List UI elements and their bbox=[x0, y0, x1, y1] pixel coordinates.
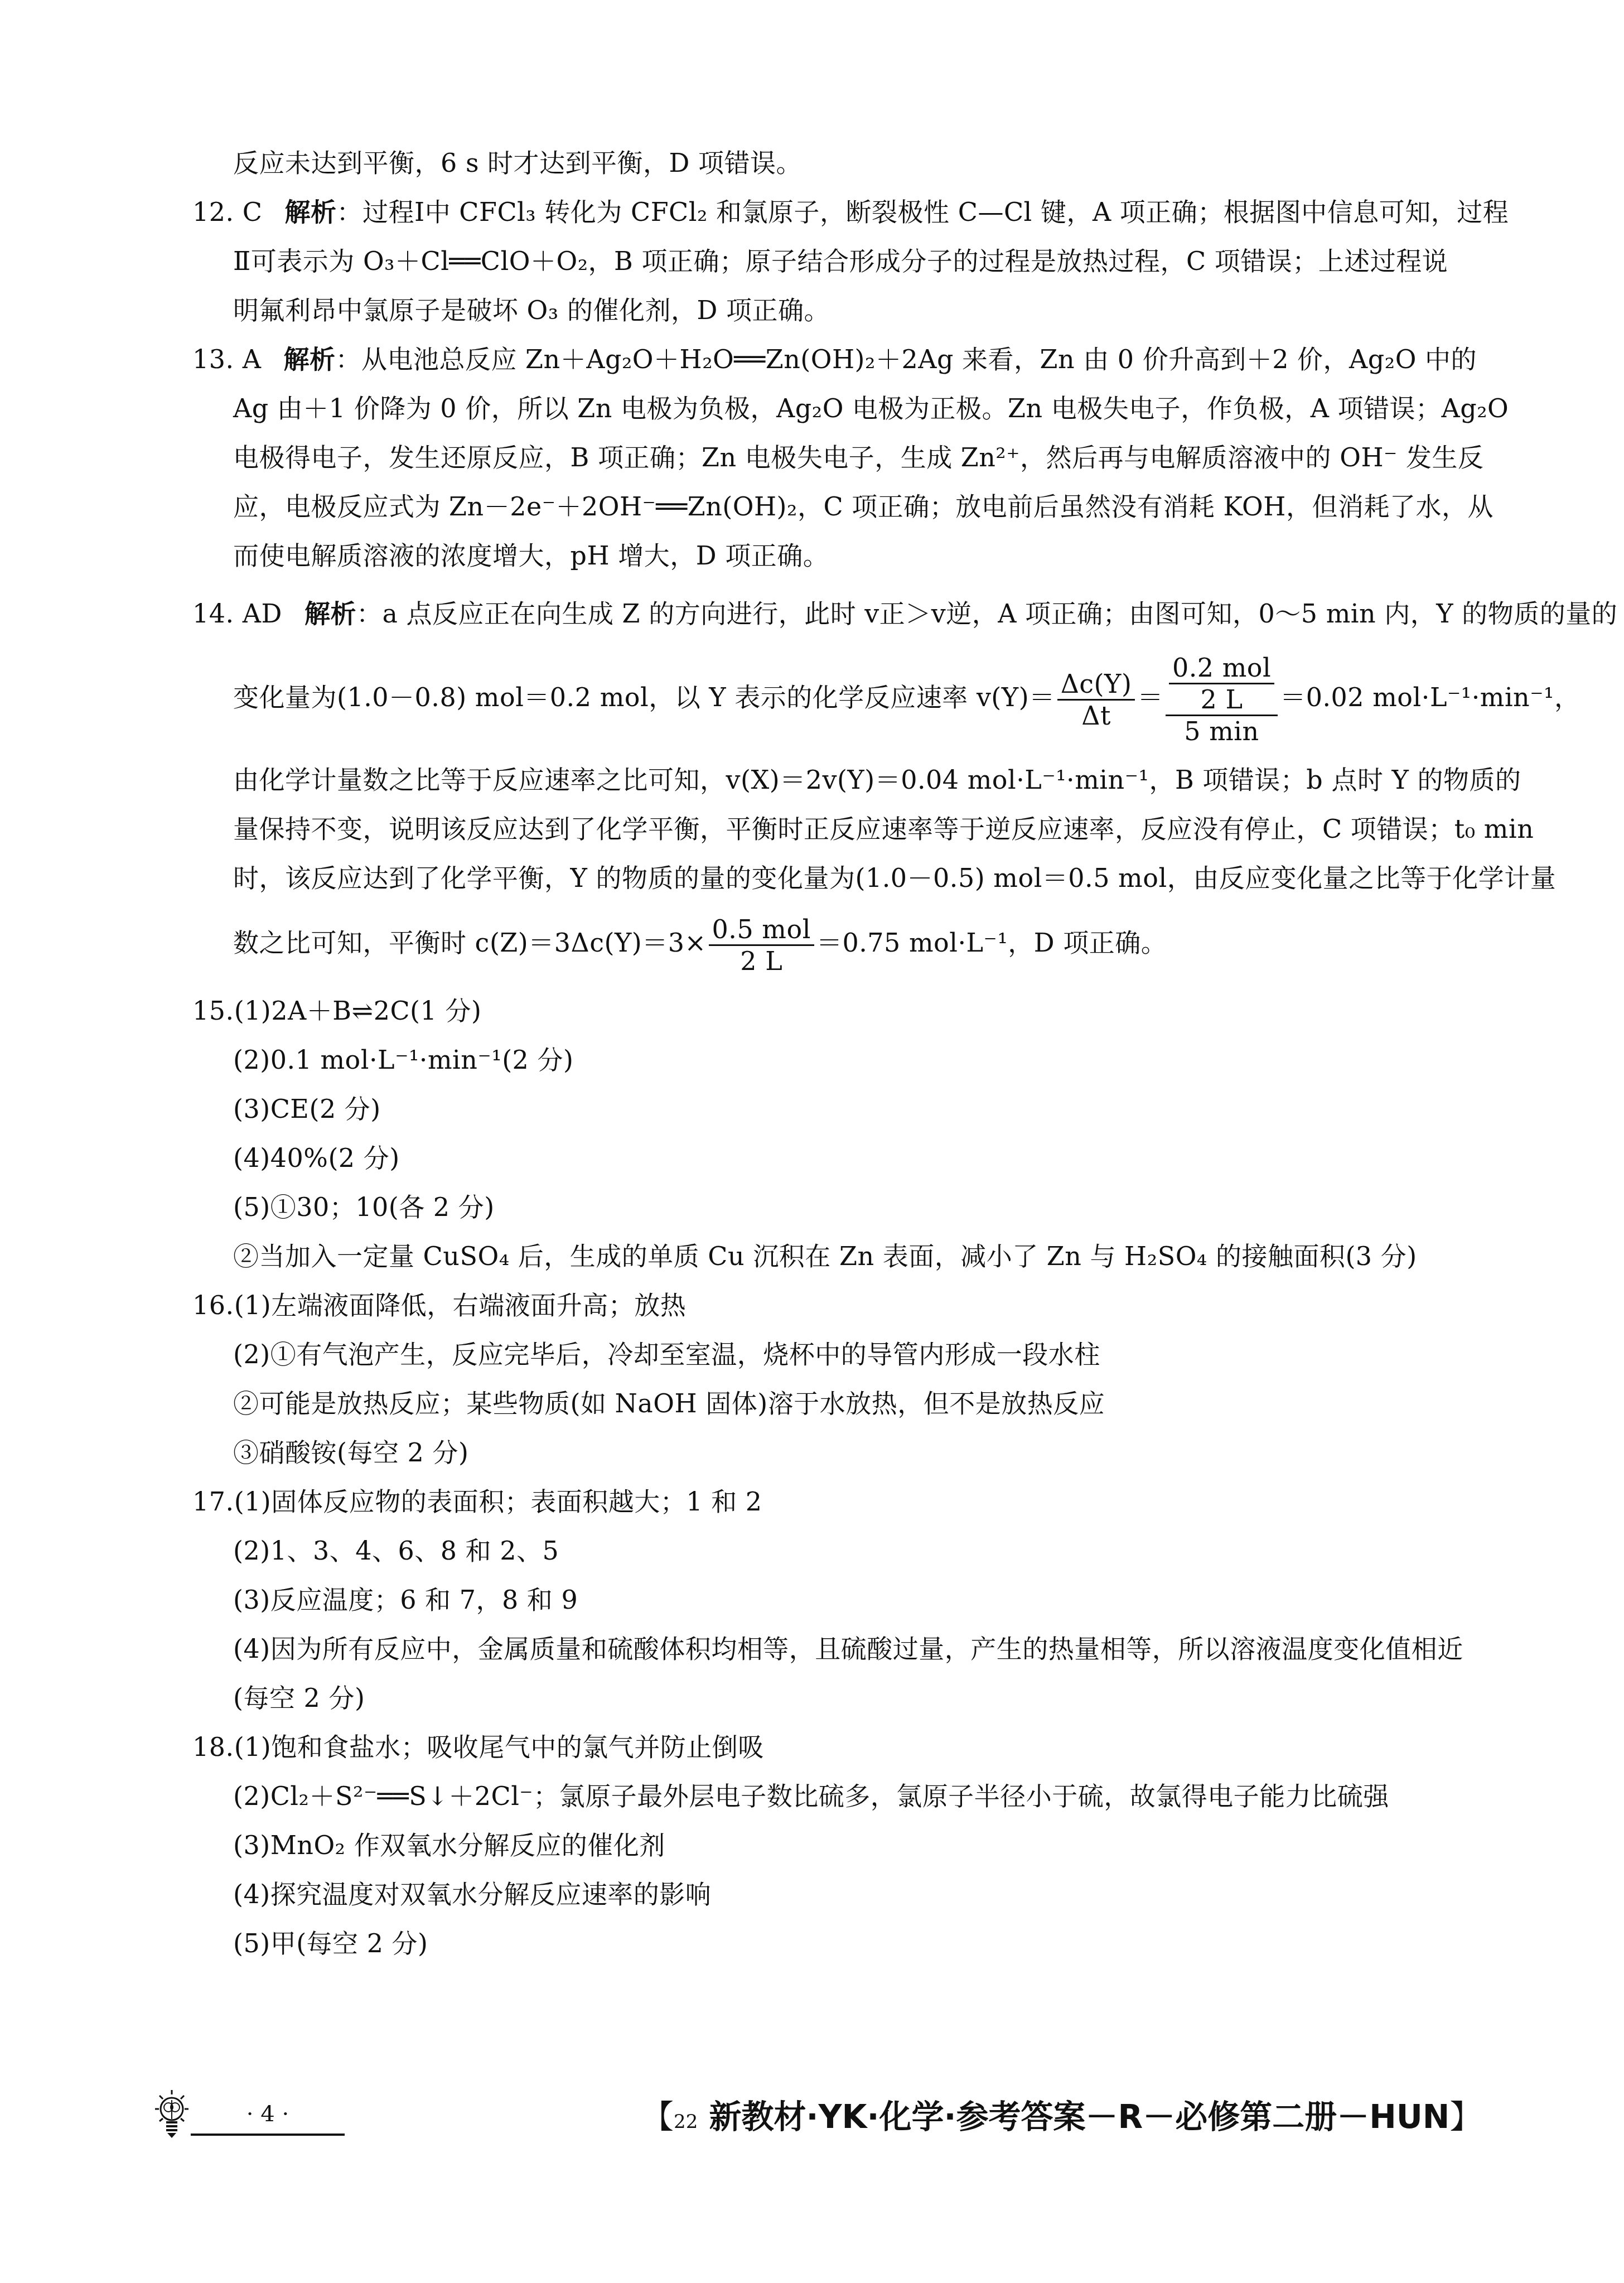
fraction-denominator: Δt bbox=[1057, 701, 1135, 731]
q13-line-5: 而使电解质溶液的浓度增大，pH 增大，D 项正确。 bbox=[233, 539, 1519, 572]
inner-numerator: 0.2 mol bbox=[1169, 653, 1274, 684]
q12-line-3: 明氟利昂中氯原子是破坏 O₃ 的催化剂，D 项正确。 bbox=[233, 293, 1519, 327]
fraction-numerator: Δc(Y) bbox=[1057, 669, 1135, 701]
q15-item-1: (1)2A＋B⇌2C(1 分) bbox=[234, 996, 482, 1026]
formula-suffix: ＝0.02 mol·L⁻¹·min⁻¹， bbox=[1280, 682, 1580, 712]
q18-item-3: (3)MnO₂ 作双氧水分解反应的催化剂 bbox=[233, 1828, 1519, 1862]
question-number: 14. AD bbox=[192, 597, 282, 630]
question-number: 16. bbox=[192, 1288, 234, 1322]
page-number: · 4 · bbox=[191, 2094, 345, 2136]
page-footer: · 4 · 【22 新教材·YK·化学·参考答案－R－必修第二册－HUN】 bbox=[0, 2089, 1624, 2145]
q12-line-1: 12. C解析：过程Ⅰ中 CFCl₃ 转化为 CFCl₂ 和氯原子，断裂极性 C… bbox=[192, 195, 1478, 229]
q15-item-2: (2)0.1 mol·L⁻¹·min⁻¹(2 分) bbox=[233, 1043, 1519, 1077]
question-number: 12. C bbox=[192, 195, 262, 229]
q16-item-4: ③硝酸铵(每空 2 分) bbox=[233, 1436, 1519, 1469]
q15-item-3: (3)CE(2 分) bbox=[233, 1092, 1519, 1126]
series-title: 【22 新教材·YK·化学·参考答案－R－必修第二册－HUN】 bbox=[641, 2094, 1482, 2144]
q14-line-5: 时，该反应达到了化学平衡，Y 的物质的量的变化量为(1.0－0.5) mol＝0… bbox=[233, 861, 1519, 895]
formula-prefix: 变化量为(1.0－0.8) mol＝0.2 mol，以 Y 表示的化学反应速率 … bbox=[233, 682, 1055, 712]
q13-line-3: 电极得电子，发生还原反应，B 项正确；Zn 电极失电子，生成 Zn²⁺，然后再与… bbox=[233, 441, 1519, 474]
q15-item-5: (5)①30；10(各 2 分) bbox=[233, 1190, 1519, 1224]
q18-item-4: (4)探究温度对双氧水分解反应速率的影响 bbox=[233, 1877, 1519, 1911]
equals-sign: ＝ bbox=[1137, 682, 1163, 712]
q14-line-3: 由化学计量数之比等于反应速率之比可知，v(X)＝2v(Y)＝0.04 mol·L… bbox=[233, 763, 1519, 797]
formula-prefix: 数之比可知，平衡时 c(Z)＝3Δc(Y)＝3× bbox=[233, 928, 707, 958]
q13-line-4: 应，电极反应式为 Zn－2e⁻＋2OH⁻══Zn(OH)₂，C 项正确；放电前后… bbox=[233, 490, 1519, 523]
question-number: 17. bbox=[192, 1485, 234, 1518]
question-number: 18. bbox=[192, 1730, 234, 1764]
fraction-denominator: 5 min bbox=[1166, 716, 1278, 746]
fraction-denominator: 2 L bbox=[709, 946, 814, 976]
q16-item-3: ②可能是放热反应；某些物质(如 NaOH 固体)溶于水放热，但不是放热反应 bbox=[233, 1387, 1519, 1420]
q13-line-2: Ag 由＋1 价降为 0 价，所以 Zn 电极为负极，Ag₂O 电极为正极。Zn… bbox=[233, 392, 1519, 425]
q17-item-3: (3)反应温度；6 和 7，8 和 9 bbox=[233, 1583, 1519, 1616]
compound-fraction: 0.2 mol2 L5 min bbox=[1166, 653, 1278, 746]
q15-item-6: ②当加入一定量 CuSO₄ 后，生成的单质 Cu 沉积在 Zn 表面，减小了 Z… bbox=[233, 1239, 1519, 1273]
inner-fraction: 0.2 mol2 L bbox=[1169, 653, 1274, 715]
q14-line-1: 14. AD解析：a 点反应正在向生成 Z 的方向进行，此时 v正＞v逆，A 项… bbox=[192, 597, 1478, 630]
bracket-close: 】 bbox=[1449, 2098, 1482, 2136]
concentration-fraction: 0.5 mol2 L bbox=[709, 914, 814, 976]
q14-line-4: 量保持不变，说明该反应达到了化学平衡，平衡时正反应速率等于逆反应速率，反应没有停… bbox=[233, 812, 1519, 846]
analysis-label: 解析 bbox=[284, 197, 336, 227]
q14-line-2-formula: 变化量为(1.0－0.8) mol＝0.2 mol，以 Y 表示的化学反应速率 … bbox=[233, 647, 1519, 747]
q17-item-1: (1)固体反应物的表面积；表面积越大；1 和 2 bbox=[234, 1486, 762, 1517]
question-number: 15. bbox=[192, 994, 234, 1027]
q17-item-4: (4)因为所有反应中，金属质量和硫酸体积均相等，且硫酸过量，产生的热量相等，所以… bbox=[233, 1632, 1519, 1666]
continuation-line: 反应未达到平衡，6 s 时才达到平衡，D 项错误。 bbox=[233, 146, 1519, 180]
q17-line-1: 17.(1)固体反应物的表面积；表面积越大；1 和 2 bbox=[192, 1485, 1478, 1518]
q13-line-1: 13. A解析：从电池总反应 Zn＋Ag₂O＋H₂O══Zn(OH)₂＋2Ag … bbox=[192, 342, 1478, 376]
answer-page: 反应未达到平衡，6 s 时才达到平衡，D 项错误。 12. C解析：过程Ⅰ中 C… bbox=[0, 0, 1624, 2283]
q14-line-6-formula: 数之比可知，平衡时 c(Z)＝3Δc(Y)＝3×0.5 mol2 L＝0.75 … bbox=[233, 904, 1519, 982]
q18-item-1: (1)饱和食盐水；吸收尾气中的氯气并防止倒吸 bbox=[234, 1732, 764, 1762]
q17-item-2: (2)1、3、4、6、8 和 2、5 bbox=[233, 1534, 1519, 1567]
q16-item-2: (2)①有气泡产生，反应完毕后，冷却至室温，烧杯中的导管内形成一段水柱 bbox=[233, 1338, 1519, 1371]
q14-text: ：a 点反应正在向生成 Z 的方向进行，此时 v正＞v逆，A 项正确；由图可知，… bbox=[356, 598, 1617, 629]
q17-item-5: (每空 2 分) bbox=[233, 1681, 1519, 1715]
q18-item-5: (5)甲(每空 2 分) bbox=[233, 1927, 1519, 1960]
analysis-label: 解析 bbox=[284, 344, 336, 374]
q13-text: ：从电池总反应 Zn＋Ag₂O＋H₂O══Zn(OH)₂＋2Ag 来看，Zn 由… bbox=[336, 344, 1477, 374]
bracket-open: 【 bbox=[641, 2098, 674, 2136]
q16-item-1: (1)左端液面降低，右端液面升高；放热 bbox=[234, 1290, 687, 1320]
q15-item-4: (4)40%(2 分) bbox=[233, 1141, 1519, 1175]
inner-denominator: 2 L bbox=[1169, 684, 1274, 715]
q15-line-1: 15.(1)2A＋B⇌2C(1 分) bbox=[192, 994, 1478, 1027]
question-number: 13. A bbox=[192, 342, 262, 376]
series-year: 22 bbox=[674, 2111, 698, 2133]
fraction-numerator: 0.5 mol bbox=[709, 914, 814, 946]
formula-suffix: ＝0.75 mol·L⁻¹，D 项正确。 bbox=[816, 928, 1167, 958]
rate-fraction: Δc(Y)Δt bbox=[1057, 669, 1135, 731]
q18-line-1: 18.(1)饱和食盐水；吸收尾气中的氯气并防止倒吸 bbox=[192, 1730, 1478, 1764]
q12-line-2: Ⅱ可表示为 O₃＋Cl══ClO＋O₂，B 项正确；原子结合形成分子的过程是放热… bbox=[233, 244, 1519, 278]
q12-text: ：过程Ⅰ中 CFCl₃ 转化为 CFCl₂ 和氯原子，断裂极性 C—Cl 键，A… bbox=[336, 197, 1509, 227]
fraction-numerator: 0.2 mol2 L bbox=[1166, 653, 1278, 716]
q18-item-2: (2)Cl₂＋S²⁻══S↓＋2Cl⁻；氯原子最外层电子数比硫多，氯原子半径小于… bbox=[233, 1779, 1519, 1813]
analysis-label: 解析 bbox=[304, 598, 356, 629]
q16-line-1: 16.(1)左端液面降低，右端液面升高；放热 bbox=[192, 1288, 1478, 1322]
series-name: 新教材·YK·化学·参考答案－R－必修第二册－HUN bbox=[709, 2098, 1449, 2136]
lightbulb-brain-icon bbox=[155, 2089, 188, 2139]
